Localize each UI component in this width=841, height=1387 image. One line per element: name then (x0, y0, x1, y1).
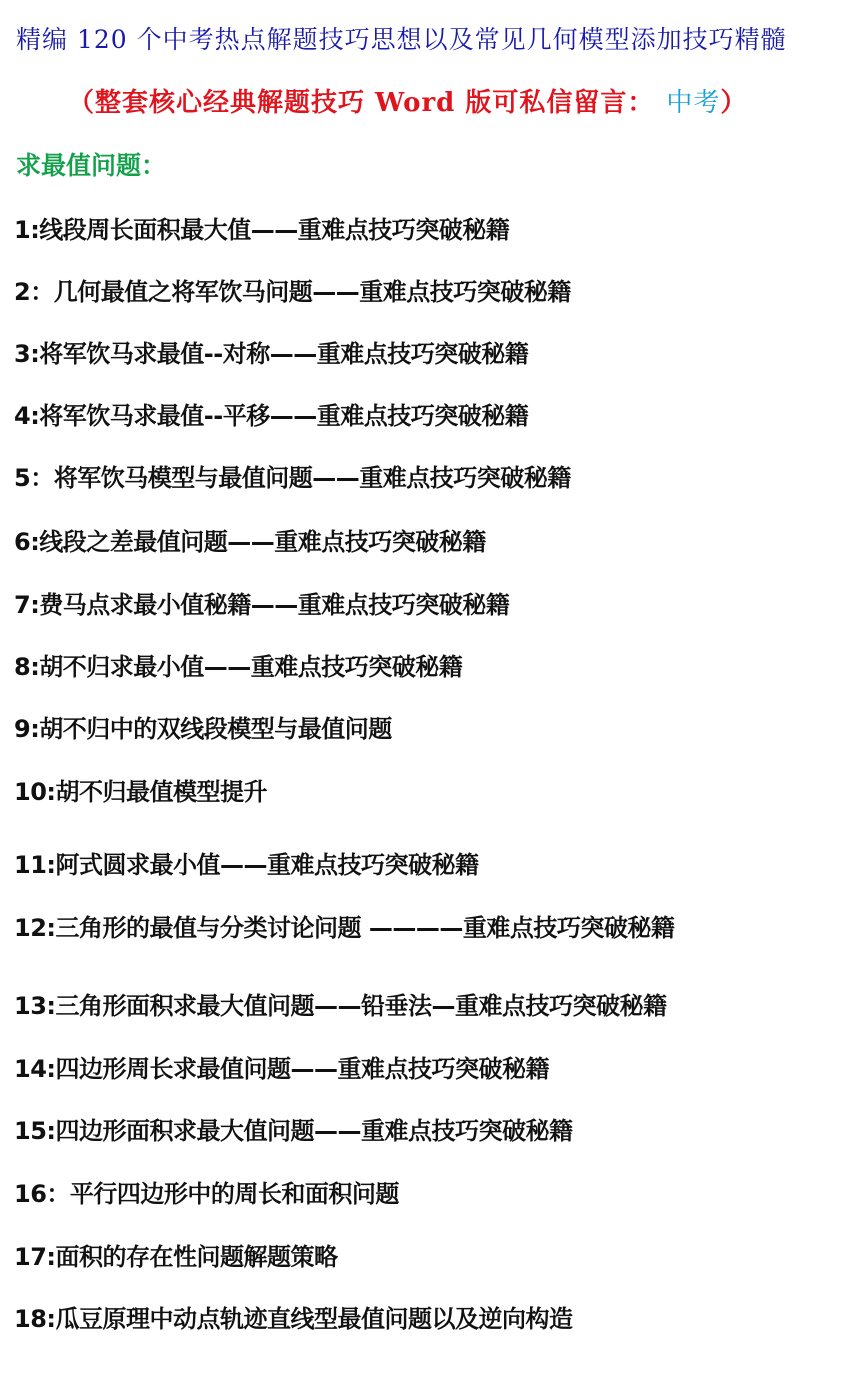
subtitle-keyword: 中考 (666, 88, 720, 118)
list-item: 8:胡不归求最小值——重难点技巧突破秘籍 (14, 647, 462, 682)
list-item: 6:线段之差最值问题——重难点技巧突破秘籍 (14, 522, 486, 557)
list-item: 2：几何最值之将军饮马问题——重难点技巧突破秘籍 (14, 272, 571, 307)
list-item: 17:面积的存在性问题解题策略 (14, 1237, 338, 1272)
subtitle-text: （整套核心经典解题技巧 Word 版可私信留言： (68, 88, 654, 118)
list-item: 1:线段周长面积最大值——重难点技巧突破秘籍 (14, 210, 509, 245)
section-heading: 求最值问题： (16, 146, 166, 182)
document-title: 精编 120 个中考热点解题技巧思想以及常见几何模型添加技巧精髓 (16, 20, 841, 56)
list-item: 14:四边形周长求最值问题——重难点技巧突破秘籍 (14, 1049, 549, 1084)
list-item: 16：平行四边形中的周长和面积问题 (14, 1174, 399, 1209)
list-item: 5：将军饮马模型与最值问题——重难点技巧突破秘籍 (14, 458, 571, 493)
list-item: 7:费马点求最小值秘籍——重难点技巧突破秘籍 (14, 585, 509, 620)
list-item: 4:将军饮马求最值--平移——重难点技巧突破秘籍 (14, 396, 528, 431)
list-item: 12:三角形的最值与分类讨论问题 ————重难点技巧突破秘籍 (14, 908, 674, 943)
list-item: 15:四边形面积求最大值问题——重难点技巧突破秘籍 (14, 1111, 573, 1146)
list-item: 10:胡不归最值模型提升 (14, 772, 267, 807)
list-item: 9:胡不归中的双线段模型与最值问题 (14, 709, 392, 744)
list-item: 18:瓜豆原理中动点轨迹直线型最值问题以及逆向构造 (14, 1299, 573, 1334)
document-subtitle: （整套核心经典解题技巧 Word 版可私信留言：中考） (68, 82, 747, 119)
list-item: 11:阿式圆求最小值——重难点技巧突破秘籍 (14, 845, 479, 880)
list-item: 3:将军饮马求最值--对称——重难点技巧突破秘籍 (14, 334, 528, 369)
list-item: 13:三角形面积求最大值问题——铅垂法—重难点技巧突破秘籍 (14, 986, 667, 1021)
subtitle-close: ） (720, 88, 747, 118)
